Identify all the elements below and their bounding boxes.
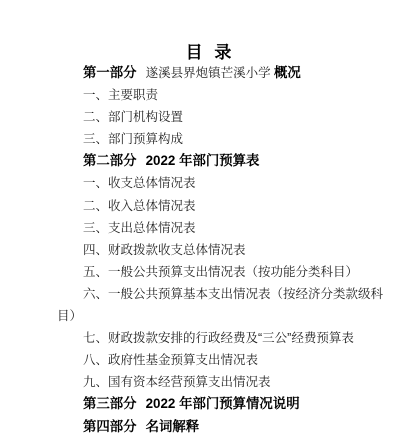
toc-item: 四、财政拨款收支总体情况表 [57, 239, 392, 261]
toc-part-label: 第二部分 [83, 153, 137, 168]
toc-item: 三、部门预算构成 [57, 128, 392, 150]
toc-section: 第三部分2022 年部门预算情况说明 [57, 393, 392, 415]
toc-item: 九、国有资本经营预算支出情况表 [57, 371, 392, 393]
toc-entry-text: 概况 [274, 65, 301, 80]
toc-entry-text: 三、部门预算构成 [83, 132, 183, 146]
toc-item: 五、一般公共预算支出情况表（按功能分类科目） [57, 261, 392, 283]
toc-section: 第一部分遂溪县界炮镇芒溪小学 概况 [57, 62, 392, 84]
toc-entry-text: 六、一般公共预算基本支出情况表（按经济分类款级科 [83, 287, 383, 301]
toc-section: 第二部分2022 年部门预算表 [57, 150, 392, 172]
toc-entry-text: 八、政府性基金预算支出情况表 [83, 353, 258, 367]
toc-entry-text: 七、财政拨款安排的行政经费及“三公”经费预算表 [83, 331, 354, 345]
toc-item: 七、财政拨款安排的行政经费及“三公”经费预算表 [57, 327, 392, 349]
toc-item: 二、收入总体情况表 [57, 195, 392, 217]
toc-title: 目 录 [0, 38, 417, 63]
toc-entry-text: 一、主要职责 [83, 88, 158, 102]
toc-entry-text: 目） [57, 309, 82, 323]
toc-entry-text: 四、财政拨款收支总体情况表 [83, 243, 246, 257]
toc-part-label: 第一部分 [83, 65, 137, 80]
toc-entry-text: 二、收入总体情况表 [83, 199, 196, 213]
toc-item: 三、支出总体情况表 [57, 217, 392, 239]
document-page: 目 录 第一部分遂溪县界炮镇芒溪小学 概况一、主要职责二、部门机构设置三、部门预… [0, 0, 417, 444]
toc-item: 六、一般公共预算基本支出情况表（按经济分类款级科 [57, 283, 392, 305]
toc-part-label: 第三部分 [83, 396, 137, 411]
toc-item: 一、收支总体情况表 [57, 172, 392, 194]
toc-entry-text: 遂溪县界炮镇芒溪小学 [146, 66, 274, 80]
toc-entry-text: 2022 年部门预算情况说明 [146, 396, 300, 411]
toc-entry-text: 九、国有资本经营预算支出情况表 [83, 375, 271, 389]
toc-entry-text: 2022 年部门预算表 [146, 153, 260, 168]
toc-entry-text: 名词解释 [146, 419, 200, 434]
toc-entry-text: 三、支出总体情况表 [83, 221, 196, 235]
toc-section: 第四部分名词解释 [57, 416, 392, 438]
toc-entry-text: 五、一般公共预算支出情况表（按功能分类科目） [83, 265, 358, 279]
toc-part-label: 第四部分 [83, 419, 137, 434]
toc-entry-text: 二、部门机构设置 [83, 110, 183, 124]
toc-item: 一、主要职责 [57, 84, 392, 106]
toc-list: 第一部分遂溪县界炮镇芒溪小学 概况一、主要职责二、部门机构设置三、部门预算构成第… [57, 62, 392, 438]
toc-item: 二、部门机构设置 [57, 106, 392, 128]
toc-item-continuation: 目） [57, 305, 392, 327]
toc-entry-text: 一、收支总体情况表 [83, 176, 196, 190]
toc-item: 八、政府性基金预算支出情况表 [57, 349, 392, 371]
